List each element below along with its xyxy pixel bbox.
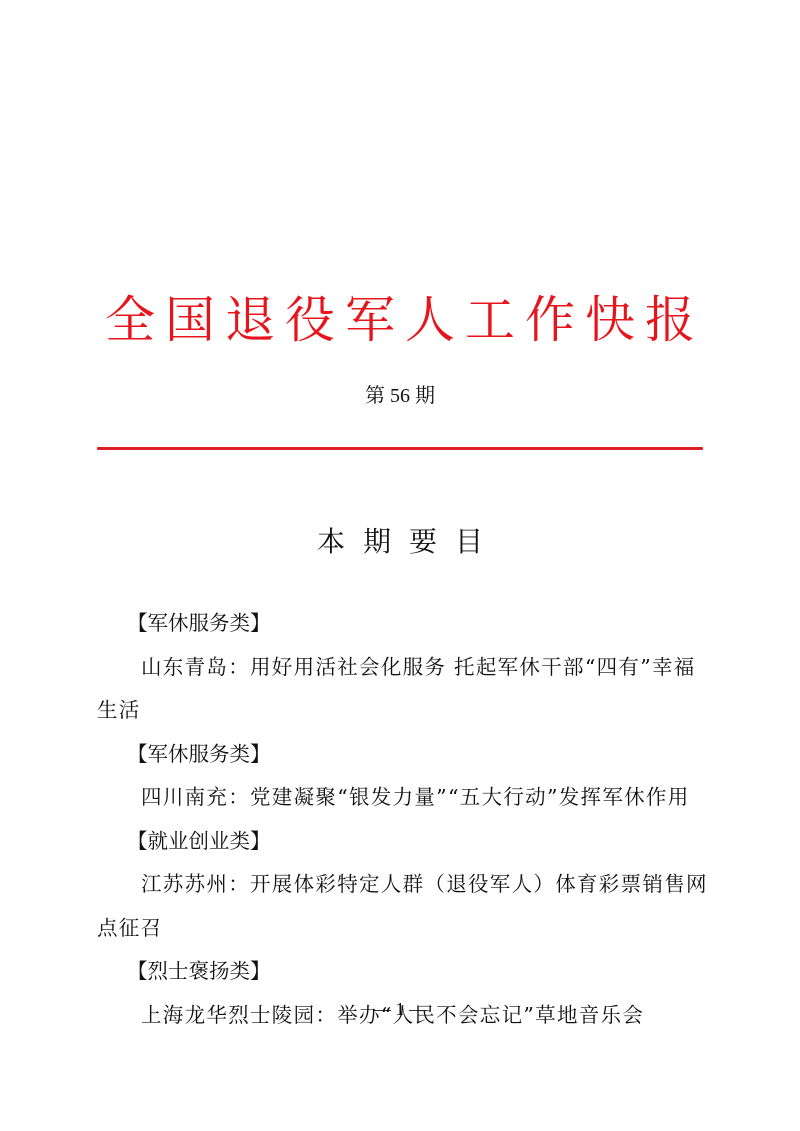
toc-entry-jiangsu-suzhou-continued[interactable]: 点征召 <box>97 907 703 951</box>
toc-entry-shandong-qingdao[interactable]: 山东青岛：用好用活社会化服务 托起军休干部“四有”幸福 <box>97 646 703 690</box>
table-of-contents: 【军休服务类】 山东青岛：用好用活社会化服务 托起军休干部“四有”幸福 生活 【… <box>97 602 703 1037</box>
toc-entry-shandong-qingdao-continued[interactable]: 生活 <box>97 689 703 733</box>
issue-number: 第 56 期 <box>0 382 800 410</box>
toc-category-employment-entrepreneurship: 【就业创业类】 <box>97 820 703 864</box>
toc-category-military-retiree-services-2: 【军休服务类】 <box>97 733 703 777</box>
masthead-title: 全国退役军人工作快报 <box>0 288 800 352</box>
toc-entry-sichuan-nanchong[interactable]: 四川南充：党建凝聚“银发力量”“五大行动”发挥军休作用 <box>97 776 703 820</box>
toc-category-martyr-commemoration: 【烈士褒扬类】 <box>97 950 703 994</box>
page-number: — 1 — <box>0 995 800 1023</box>
masthead-divider <box>97 447 703 450</box>
toc-category-military-retiree-services: 【军休服务类】 <box>97 602 703 646</box>
document-page: 全国退役军人工作快报 第 56 期 本期要目 【军休服务类】 山东青岛：用好用活… <box>0 0 800 1131</box>
toc-heading: 本期要目 <box>0 522 800 562</box>
toc-entry-jiangsu-suzhou[interactable]: 江苏苏州：开展体彩特定人群（退役军人）体育彩票销售网 <box>97 863 703 907</box>
